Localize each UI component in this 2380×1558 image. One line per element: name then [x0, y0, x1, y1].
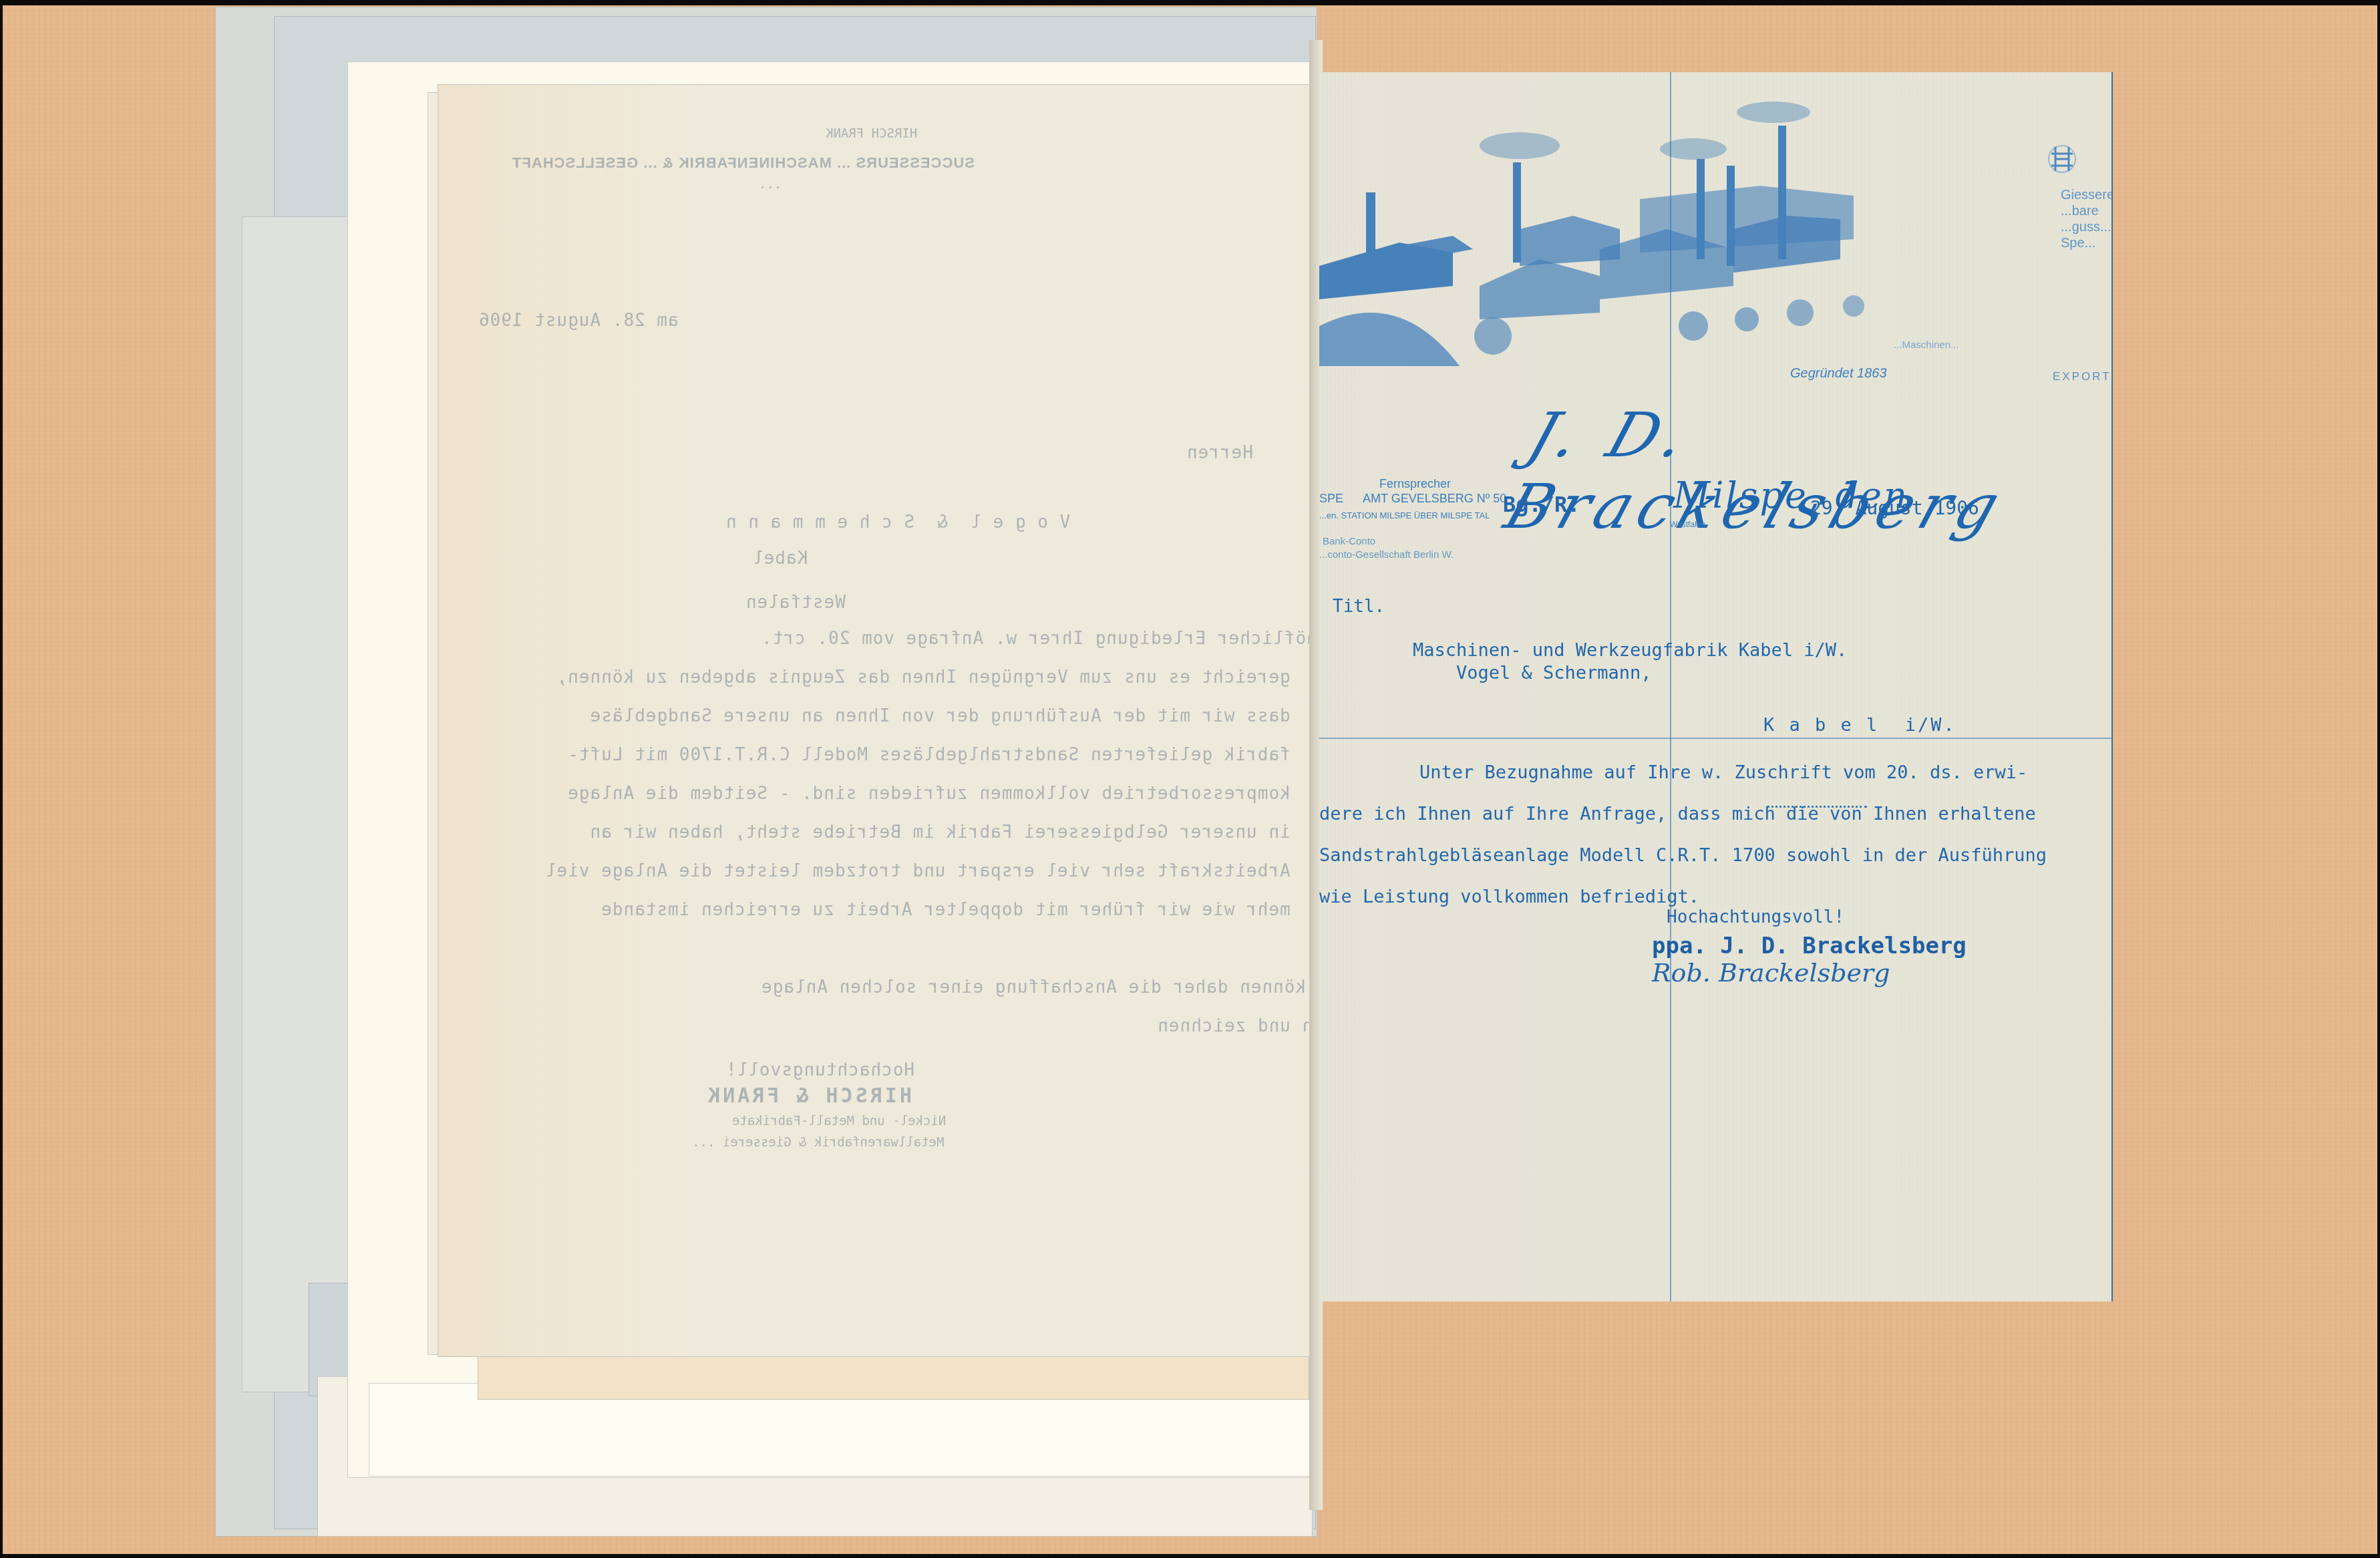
salutation: Titl.	[1333, 597, 1385, 617]
mirror-header-sub: ...	[759, 177, 782, 192]
phone-number: AMT GEVELSBERG Nº 50	[1363, 492, 1506, 506]
letter-date: 29. August 1906.	[1810, 497, 1991, 519]
mirror-signature-firm: HIRSCH & FRANK	[705, 1084, 912, 1108]
mirror-header-top: HIRSCH FRANK	[826, 126, 917, 141]
reference-code: Bg./R.	[1503, 492, 1580, 517]
letter-sheet: Giesserei für ...bare ...guss...waren Sp…	[1319, 72, 2113, 1301]
letterhead-side-text: Giesserei für ...bare ...guss...waren Sp…	[2061, 187, 2113, 251]
mirror-body: In höflicher Erledigung Ihrer w. Anfrage…	[545, 619, 1291, 1046]
letterhead-left-fragment: SPE	[1319, 492, 1343, 506]
letter-body: Unter Bezugnahme auf Ihre w. Zuschrift v…	[1319, 752, 2047, 918]
factory-illustration-icon	[1319, 86, 1974, 366]
mirror-signature-sub2: Metallwarenfabrik & Giesserei ...	[692, 1135, 945, 1150]
recipient-line1: Maschinen- und Werkzeugfabrik Kabel i/W.	[1413, 640, 1847, 661]
recipient-line2: Vogel & Schermann,	[1456, 663, 1652, 683]
mirror-addressee-title: Herren	[1186, 443, 1253, 463]
company-script-logo: J. D. Brackelsberg	[1496, 400, 2113, 542]
mirror-header-main: SUCCESSEURS ... MASCHINENFABRIK & ... GE…	[512, 154, 975, 172]
recipient-city: K a b e l i/W.	[1763, 715, 1957, 736]
bank-line: ...conto-Gesellschaft Berlin W.	[1319, 549, 1454, 561]
monogram-icon	[2046, 139, 2078, 179]
handwritten-signature: Rob. Brackelsberg	[1652, 958, 1890, 987]
closing: Hochachtungsvoll!	[1667, 907, 1844, 927]
mirror-closing: Hochachtungsvoll!	[725, 1060, 914, 1080]
founded-label: Gegründet 1863	[1790, 366, 1887, 381]
letterhead-side-footer: ...Maschinen...	[1894, 339, 1959, 351]
left-page-bleedthrough: HIRSCH FRANK SUCCESSEURS ... MASCHINENFA…	[438, 84, 1319, 1357]
phone-label: Fernsprecher	[1379, 477, 1451, 491]
place-sub: Westfalen	[1670, 520, 1705, 529]
company-stamp: ppa. J. D. Brackelsberg	[1652, 933, 1967, 959]
export-label: EXPORT	[2053, 370, 2111, 383]
mirror-region: Westfalen	[745, 593, 846, 613]
fold-line-horizontal	[1319, 738, 2111, 739]
mirror-signature-sub1: Nickel- und Metall-Fabrikate	[732, 1114, 946, 1128]
mirror-addressee: V o g e l & S c h e m m a n n	[725, 512, 1070, 532]
bank-label: Bank-Conto	[1323, 536, 1375, 547]
mirror-city: Kabel	[752, 549, 808, 569]
station-line: ...en. STATION MILSPE ÜBER MILSPE TAL	[1319, 510, 1490, 520]
mirror-date: am 28. August 1906	[478, 311, 679, 331]
